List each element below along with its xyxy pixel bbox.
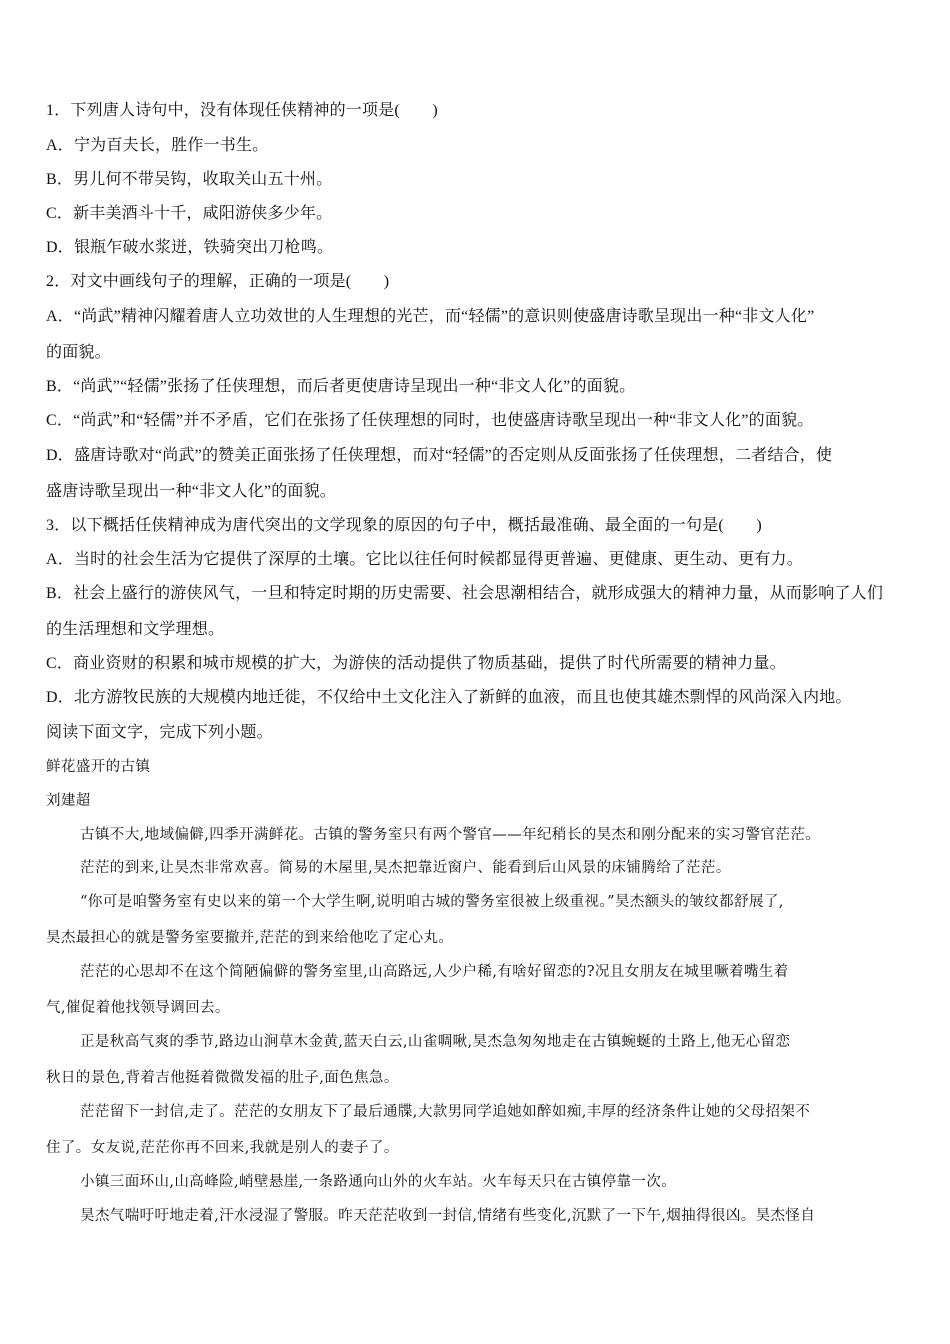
question-1-stem: 1．下列唐人诗句中，没有体现任侠精神的一项是( ) [46,101,438,121]
question-3-option-d: D．北方游牧民族的大规模内地迁徙，不仅给中土文化注入了新鲜的血液，而且也使其雄杰… [46,688,852,708]
question-2-option-c: C．“尚武”和“轻儒”并不矛盾，它们在张扬了任侠理想的同时，也使盛唐诗歌呈现出一… [46,411,813,431]
question-1-option-c: C．新丰美酒斗十千，咸阳游侠多少年。 [46,204,332,224]
passage-paragraph: 茫茫留下一封信,走了。茫茫的女朋友下了最后通牒,大款男同学追她如醉如痴,丰厚的经… [80,1102,810,1122]
question-1-option-b: B．男儿何不带吴钩，收取关山五十州。 [46,170,332,190]
passage-paragraph: 正是秋高气爽的季节,路边山涧草木金黄,蓝天白云,山雀啁啾,昊杰急匆匆地走在古镇蜿… [80,1032,790,1052]
passage-paragraph: “你可是咱警务室有史以来的第一个大学生啊,说明咱古城的警务室很被上级重视。”昊杰… [80,892,784,912]
question-2-option-a: A．“尚武”精神闪耀着唐人立功效世的人生理想的光芒，而“轻儒”的意识则使盛唐诗歌… [46,307,814,327]
passage-paragraph-cont: 住了。女友说,茫茫你再不回来,我就是别人的妻子了。 [46,1138,399,1158]
passage-paragraph: 昊杰气喘吁吁地走着,汗水浸湿了警服。昨天茫茫收到一封信,情绪有些变化,沉默了一下… [80,1206,815,1226]
passage-paragraph: 古镇不大,地域偏僻,四季开满鲜花。古镇的警务室只有两个警官——年纪稍长的昊杰和刚… [80,825,820,845]
passage-paragraph: 小镇三面环山,山高峰险,峭壁悬崖,一条路通向山外的火车站。火车每天只在古镇停靠一… [80,1172,676,1192]
passage-title: 鲜花盛开的古镇 [46,757,150,777]
question-1-option-a: A．宁为百夫长，胜作一书生。 [46,136,268,156]
question-2-option-d-cont: 盛唐诗歌呈现出一种“非文人化”的面貌。 [46,482,336,502]
question-3-option-b: B．社会上盛行的游侠风气，一旦和特定时期的历史需要、社会思潮相结合，就形成强大的… [46,584,883,604]
passage-author: 刘建超 [46,791,91,811]
passage-paragraph: 茫茫的到来,让昊杰非常欢喜。简易的木屋里,昊杰把靠近窗户、能看到后山风景的床铺腾… [80,858,731,878]
question-2-option-a-cont: 的面貌。 [46,343,111,363]
question-3-stem: 3．以下概括任侠精神成为唐代突出的文学现象的原因的句子中，概括最准确、最全面的一… [46,516,762,536]
reading-instruction: 阅读下面文字，完成下列小题。 [46,723,273,743]
question-2-option-d: D．盛唐诗歌对“尚武”的赞美正面张扬了任侠理想，而对“轻儒”的否定则从反面张扬了… [46,446,832,466]
passage-paragraph: 茫茫的心思却不在这个简陋偏僻的警务室里,山高路远,人少户稀,有啥好留恋的?况且女… [80,962,789,982]
question-2-option-b: B．“尚武”“轻儒”张扬了任侠理想，而后者更使唐诗呈现出一种“非文人化”的面貌。 [46,377,635,397]
passage-paragraph-cont: 秋日的景色,背着吉他挺着微微发福的肚子,面色焦急。 [46,1068,399,1088]
question-1-option-d: D．银瓶乍破水浆迸，铁骑突出刀枪鸣。 [46,238,333,258]
question-3-option-c: C．商业资财的积累和城市规模的扩大，为游侠的活动提供了物质基础，提供了时代所需要… [46,654,786,674]
passage-paragraph-cont: 昊杰最担心的就是警务室要撤并,茫茫的到来给他吃了定心丸。 [46,928,453,948]
document-page: 1．下列唐人诗句中，没有体现任侠精神的一项是( ) A．宁为百夫长，胜作一书生。… [0,0,950,1344]
question-3-option-a: A．当时的社会生活为它提供了深厚的土壤。它比以往任何时候都显得更普遍、更健康、更… [46,550,803,570]
passage-paragraph-cont: 气,催促着他找领导调回去。 [46,998,230,1018]
question-3-option-b-cont: 的生活理想和文学理想。 [46,620,224,640]
question-2-stem: 2．对文中画线句子的理解，正确的一项是( ) [46,272,389,292]
